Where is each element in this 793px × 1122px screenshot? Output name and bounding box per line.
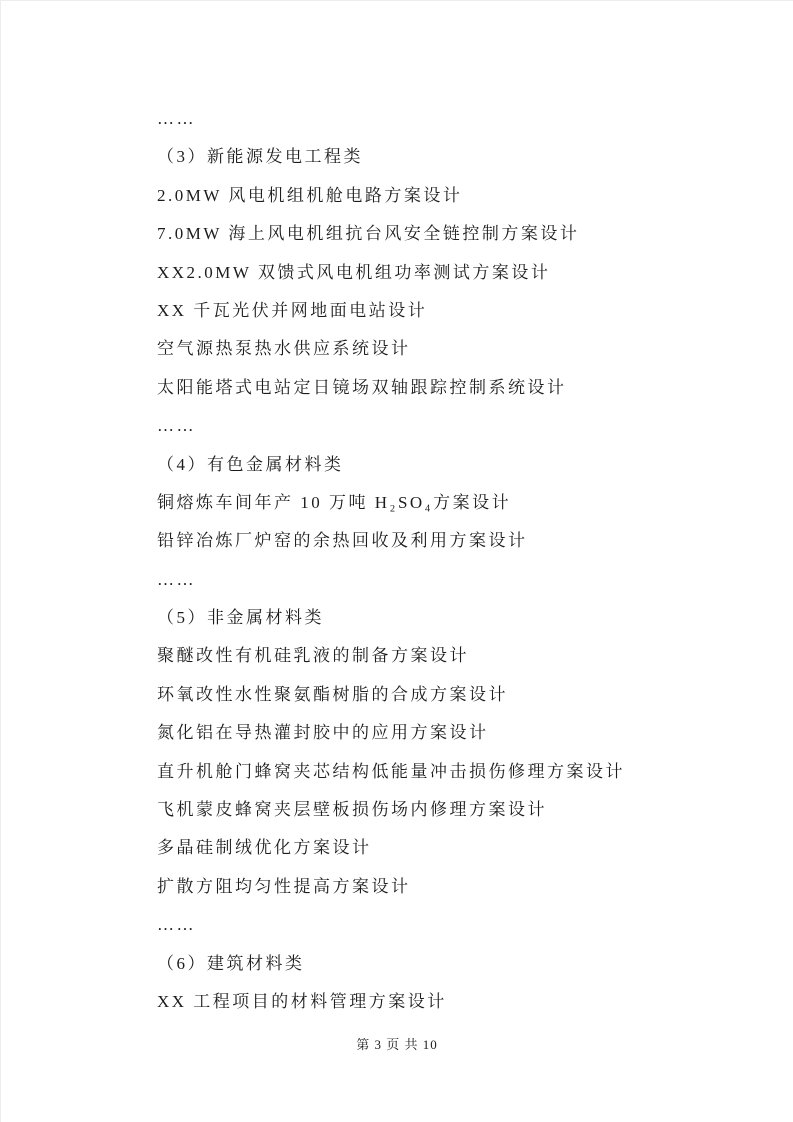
section-heading: （4）有色金属材料类 [157,446,743,484]
topic-line: 聚醚改性有机硅乳液的制备方案设计 [157,637,743,675]
topic-line: 直升机舱门蜂窝夹芯结构低能量冲击损伤修理方案设计 [157,753,743,791]
topic-line: 环氧改性水性聚氨酯树脂的合成方案设计 [157,676,743,714]
topic-line: 铜熔炼车间年产 10 万吨 H₂SO₄方案设计 [157,484,743,522]
ellipsis-line: …… [157,407,743,445]
topic-line: 飞机蒙皮蜂窝夹层壁板损伤场内修理方案设计 [157,791,743,829]
topic-line: 空气源热泵热水供应系统设计 [157,330,743,368]
document-content: …… （3）新能源发电工程类 2.0MW 风电机组机舱电路方案设计 7.0MW … [1,1,793,1021]
topic-line: XX2.0MW 双馈式风电机组功率测试方案设计 [157,254,743,292]
topic-line: XX 千瓦光伏并网地面电站设计 [157,292,743,330]
topic-line: 铅锌冶炼厂炉窑的余热回收及利用方案设计 [157,522,743,560]
topic-line: 氮化铝在导热灌封胶中的应用方案设计 [157,714,743,752]
ellipsis-line: …… [157,100,743,138]
topic-line: 2.0MW 风电机组机舱电路方案设计 [157,177,743,215]
section-heading: （3）新能源发电工程类 [157,138,743,176]
topic-line: 扩散方阻均匀性提高方案设计 [157,868,743,906]
ellipsis-line: …… [157,561,743,599]
section-heading: （6）建筑材料类 [157,945,743,983]
topic-line: 7.0MW 海上风电机组抗台风安全链控制方案设计 [157,215,743,253]
document-page: …… （3）新能源发电工程类 2.0MW 风电机组机舱电路方案设计 7.0MW … [0,0,793,1122]
topic-line: 多晶硅制绒优化方案设计 [157,829,743,867]
section-heading: （5）非金属材料类 [157,599,743,637]
page-number-footer: 第 3 页 共 10 [1,1034,793,1053]
ellipsis-line: …… [157,906,743,944]
topic-line: 太阳能塔式电站定日镜场双轴跟踪控制系统设计 [157,369,743,407]
topic-line: XX 工程项目的材料管理方案设计 [157,983,743,1021]
